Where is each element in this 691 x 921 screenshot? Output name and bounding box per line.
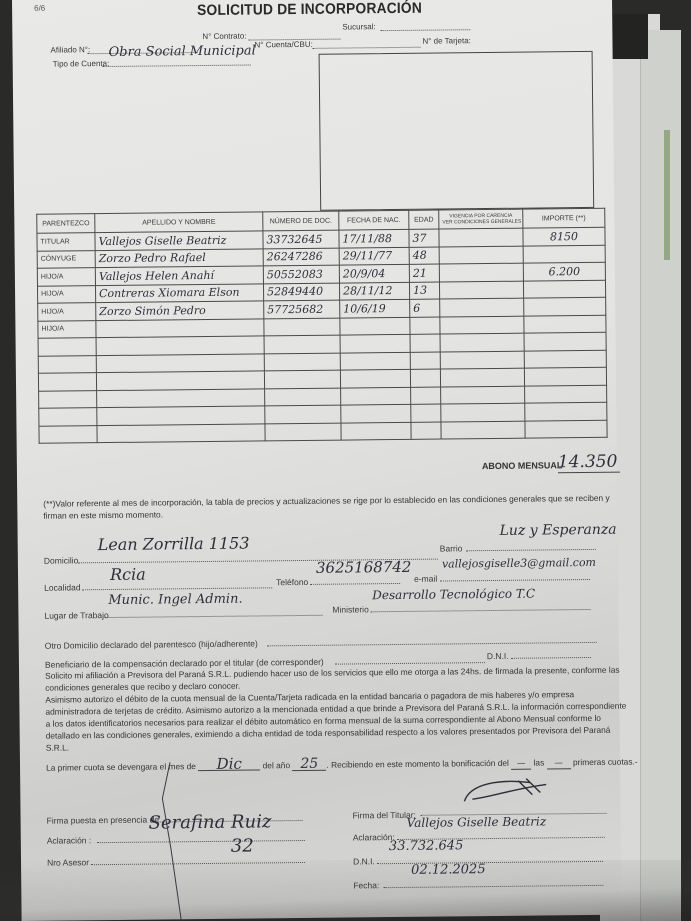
aclaracion-left-label: Aclaración : (47, 835, 92, 845)
cell-fecha[interactable]: 29/11/77 (339, 247, 409, 265)
cell-parentezco: HIJO/A (37, 268, 95, 286)
cell-vigencia[interactable] (440, 298, 524, 316)
cell-nombre[interactable]: Zorzo Pedro Rafael (95, 248, 263, 267)
tipo-cuenta-label: Tipo de Cuenta: (53, 59, 110, 69)
email-label: e-mail (414, 574, 437, 584)
otro-domicilio-label: Otro Domicilio declarado del parentesco … (45, 638, 258, 650)
legal-paragraph-2: Asimismo autorizo el débito de la cuota … (45, 688, 631, 754)
column-header: EDAD (409, 210, 439, 229)
cell-vigencia[interactable] (441, 421, 525, 439)
cuota-text: las (533, 757, 544, 767)
tarjeta-label: N° de Tarjeta: (422, 36, 471, 46)
cell-importe[interactable] (524, 315, 606, 333)
abono-label: ABONO MENSUAL (482, 460, 563, 471)
cell-fecha[interactable]: 28/11/12 (339, 282, 409, 300)
cell-importe[interactable] (524, 332, 606, 350)
cell-edad[interactable]: 6 (410, 299, 440, 317)
cell-doc[interactable]: 52849440 (263, 283, 339, 301)
cuota-mes-field[interactable]: Dic (198, 757, 260, 771)
cell-fecha[interactable] (341, 387, 411, 405)
cell-doc[interactable] (265, 405, 341, 423)
cell-importe[interactable]: 6.200 (523, 262, 605, 280)
cell-doc[interactable]: 57725682 (264, 300, 340, 318)
aclaracion-right-value: Vallejos Giselle Beatriz (407, 814, 547, 829)
tipo-cuenta-value: Obra Social Municipal (108, 43, 255, 60)
cell-doc[interactable] (264, 318, 340, 336)
cell-edad[interactable]: 48 (409, 247, 439, 265)
cell-importe[interactable]: 8150 (523, 227, 605, 245)
cell-fecha[interactable] (340, 352, 410, 370)
cuota-text: primeras cuotas.- (573, 756, 638, 767)
presencia-label: Firma puesta en presencia de (47, 815, 160, 826)
cell-doc[interactable] (264, 335, 340, 353)
titular-signature (460, 776, 552, 807)
cell-parentezco (38, 373, 96, 391)
cell-importe[interactable] (523, 245, 605, 263)
price-note: (**)Valor referente al mes de incorporac… (43, 492, 628, 522)
cell-nombre[interactable]: Vallejos Helen Anahí (95, 266, 263, 285)
cell-doc[interactable] (264, 370, 340, 388)
barrio-value: Luz y Esperanza (500, 522, 617, 539)
cell-doc[interactable]: 50552083 (263, 265, 339, 283)
cell-fecha[interactable] (340, 334, 410, 352)
cell-fecha[interactable] (341, 422, 411, 440)
cell-vigencia[interactable] (439, 263, 523, 281)
barrio-label: Barrio (440, 543, 463, 553)
ministerio-value: Desarrollo Tecnológico T.C (372, 587, 535, 603)
family-table: PARENTEZCO APELLIDO Y NOMBRE NÚMERO DE D… (36, 208, 607, 444)
dni-beneficiario-field[interactable] (511, 648, 591, 659)
dni-titular-value: 33.732.645 (389, 838, 464, 854)
localidad-value: Rcia (110, 565, 146, 584)
cell-edad[interactable] (411, 404, 441, 422)
cell-importe[interactable] (524, 367, 606, 385)
cell-fecha[interactable] (341, 404, 411, 422)
bonificacion-field[interactable]: — (511, 757, 531, 770)
cell-parentezco (39, 408, 97, 426)
cuota-line: La primer cuota se devengara el mes de D… (46, 754, 636, 775)
telefono-label: Teléfono (276, 577, 308, 587)
column-header: FECHA DE NAC. (339, 210, 409, 230)
column-header: VIGENCIA POR CARENCIAVER CONDICIONES GEN… (439, 209, 523, 229)
cell-doc[interactable] (265, 388, 341, 406)
cell-doc[interactable]: 26247286 (263, 248, 339, 266)
cuenta-cbu-label: N° Cuenta/CBU: (254, 40, 312, 50)
lugar-trabajo-label: Lugar de Trabajo (44, 610, 108, 621)
domicilio-label: Domicilio (44, 555, 79, 565)
cell-parentezco (39, 390, 97, 408)
cell-nombre[interactable] (96, 371, 264, 390)
email-value: vallejosgiselle3@gmail.com (442, 556, 596, 571)
cell-parentezco (39, 425, 97, 443)
cell-nombre[interactable]: Vallejos Giselle Beatriz (95, 231, 263, 250)
cell-nombre[interactable] (96, 318, 264, 337)
cell-parentezco: HIJO/A (37, 285, 95, 303)
sucursal-label: Sucursal: (342, 22, 375, 31)
cell-doc[interactable] (264, 353, 340, 371)
cell-parentezco: CÓNYUGE (37, 250, 95, 268)
cell-vigencia[interactable] (440, 351, 524, 369)
form-title: SOLICITUD DE INCORPORACIÓN (197, 0, 422, 19)
cell-edad[interactable] (410, 334, 440, 352)
cell-fecha[interactable]: 17/11/88 (339, 229, 409, 247)
cell-nombre[interactable]: Zorzo Simón Pedro (96, 301, 264, 320)
cell-edad[interactable] (411, 422, 441, 440)
dni-beneficiario-label: D.N.I. (487, 651, 509, 661)
otro-domicilio-field[interactable] (267, 633, 597, 646)
barrio-field[interactable] (466, 540, 596, 551)
cell-doc[interactable]: 33732645 (263, 230, 339, 248)
email-field[interactable] (440, 570, 590, 582)
cuotas-field[interactable]: — (547, 756, 571, 769)
telefono-value: 3625168742 (316, 558, 412, 577)
cell-nombre[interactable] (97, 388, 265, 407)
background-object (664, 130, 670, 260)
cell-fecha[interactable]: 10/6/19 (340, 299, 410, 317)
cell-nombre[interactable]: Contreras Xiomara Elson (95, 283, 263, 302)
cell-doc[interactable] (265, 423, 341, 441)
cell-vigencia[interactable] (439, 281, 523, 299)
cell-parentezco: TITULAR (37, 233, 95, 251)
cell-vigencia[interactable] (441, 386, 525, 404)
cell-importe[interactable] (523, 280, 605, 298)
contrato-label: N° Contrato: (202, 32, 246, 41)
photo-shadow (0, 860, 691, 921)
cell-vigencia[interactable] (439, 246, 523, 264)
asesor-value: 32 (231, 836, 254, 857)
cell-vigencia[interactable] (440, 333, 524, 351)
cell-parentezco (38, 338, 96, 356)
cell-nombre[interactable] (97, 406, 265, 425)
cell-edad[interactable]: 13 (409, 282, 439, 300)
cell-parentezco: HIJO/A (38, 303, 96, 321)
cell-nombre[interactable] (96, 336, 264, 355)
afiliado-label: Afiliado N°: (50, 45, 90, 54)
cell-fecha[interactable]: 20/9/04 (339, 264, 409, 282)
lugar-trabajo-value: Munic. Ingel Admin. (108, 592, 242, 608)
page-number: 6/6 (34, 4, 45, 13)
cell-edad[interactable]: 21 (409, 264, 439, 282)
cell-edad[interactable]: 37 (409, 229, 439, 247)
form-sheet: 6/6 SOLICITUD DE INCORPORACIÓN N° Contra… (12, 0, 622, 921)
cell-nombre[interactable] (96, 353, 264, 372)
column-header: IMPORTE (**) (523, 208, 605, 228)
ministerio-label: Ministerio (332, 604, 368, 614)
cell-edad[interactable] (410, 317, 440, 335)
cell-vigencia[interactable] (439, 228, 523, 246)
background-paper (640, 30, 681, 921)
column-header: PARENTEZCO (37, 214, 95, 234)
localidad-label: Localidad (44, 582, 80, 592)
cell-parentezco: HIJO/A (38, 320, 96, 338)
sucursal-field[interactable] (380, 20, 470, 31)
cell-edad[interactable] (410, 352, 440, 370)
column-header: NÚMERO DE DOC. (263, 211, 339, 231)
cuenta-cbu-field[interactable] (312, 38, 420, 49)
cell-vigencia[interactable] (440, 316, 524, 334)
cell-parentezco (38, 355, 96, 373)
cell-fecha[interactable] (340, 369, 410, 387)
cell-nombre[interactable] (97, 423, 265, 442)
domicilio-value: Lean Zorrilla 1153 (98, 534, 250, 555)
photo-box (319, 51, 595, 211)
cell-edad[interactable] (410, 369, 440, 387)
cell-vigencia[interactable] (440, 368, 524, 386)
cuota-text: . Recibiendo en este momento la bonifica… (326, 758, 509, 770)
cell-vigencia[interactable] (441, 403, 525, 421)
cell-importe[interactable] (524, 350, 606, 368)
abono-value[interactable]: 14.350 (558, 452, 620, 474)
cell-importe[interactable] (524, 297, 606, 315)
cell-edad[interactable] (411, 387, 441, 405)
cell-importe[interactable] (525, 402, 607, 420)
cell-importe[interactable] (525, 385, 607, 403)
column-header: APELLIDO Y NOMBRE (95, 212, 263, 233)
cell-importe[interactable] (525, 420, 607, 438)
cuota-anio-field[interactable]: 25 (292, 758, 326, 771)
beneficiario-field[interactable] (335, 653, 485, 665)
cell-fecha[interactable] (340, 317, 410, 335)
cuota-text: del año (263, 760, 291, 770)
